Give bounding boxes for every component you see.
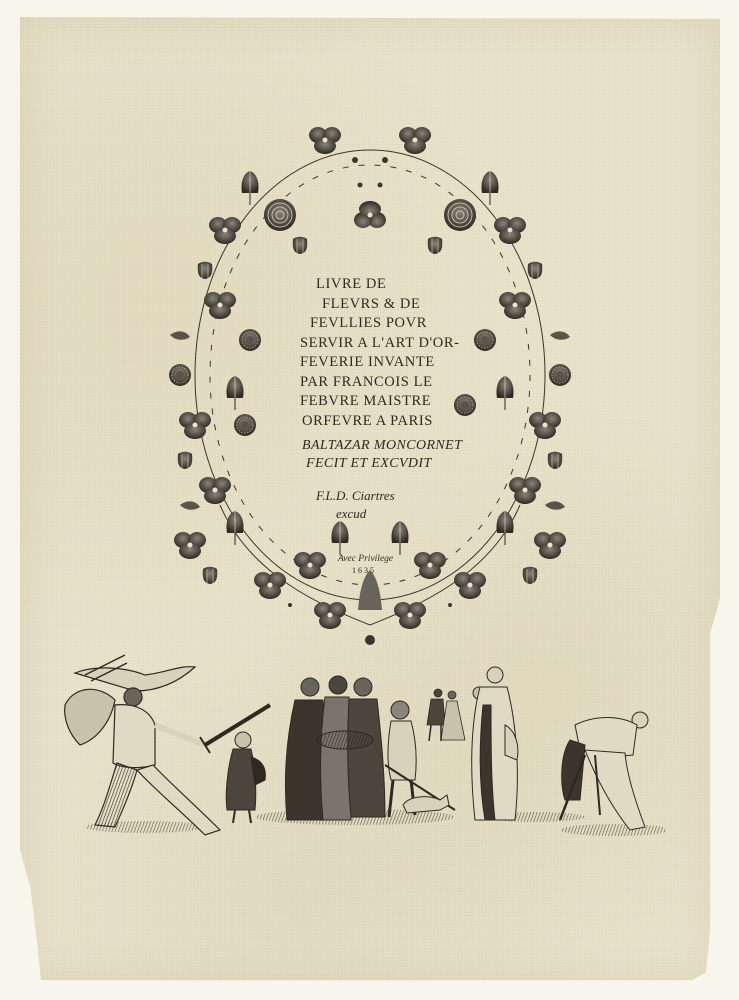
title-line: FLEVRS & DE [300, 295, 500, 315]
privilege-note: Avec Privilege [338, 554, 393, 564]
figures-scene [55, 645, 665, 855]
woman-with-child [472, 667, 518, 820]
women-group [285, 676, 385, 820]
title-line: FEBVRE MAISTRE [300, 392, 500, 412]
title-line: PAR FRANCOIS LE [300, 373, 500, 393]
child-figure [226, 732, 265, 823]
engraver-credit: BALTAZAR MONCORNET [300, 437, 500, 455]
title-line: ORFEVRE A PARIS [300, 412, 500, 432]
title-cartouche: LIVRE DE FLEVRS & DE FEVLLIES POVR SERVI… [300, 275, 500, 523]
title-line: LIVRE DE [300, 275, 500, 295]
title-line: FEVLLIES POVR [300, 314, 500, 334]
dancing-couple [427, 689, 465, 741]
hunched-figure [560, 712, 648, 830]
engraver-credit: FECIT ET EXCVDIT [300, 455, 500, 473]
title-line: SERVIR A L'ART D'OR- [300, 334, 500, 354]
publisher-credit: F.L.D. Ciartres [300, 487, 500, 505]
publication-year: 1635 [352, 566, 376, 575]
title-line: FEVERIE INVANTE [300, 353, 500, 373]
publisher-credit: excud [300, 505, 500, 523]
